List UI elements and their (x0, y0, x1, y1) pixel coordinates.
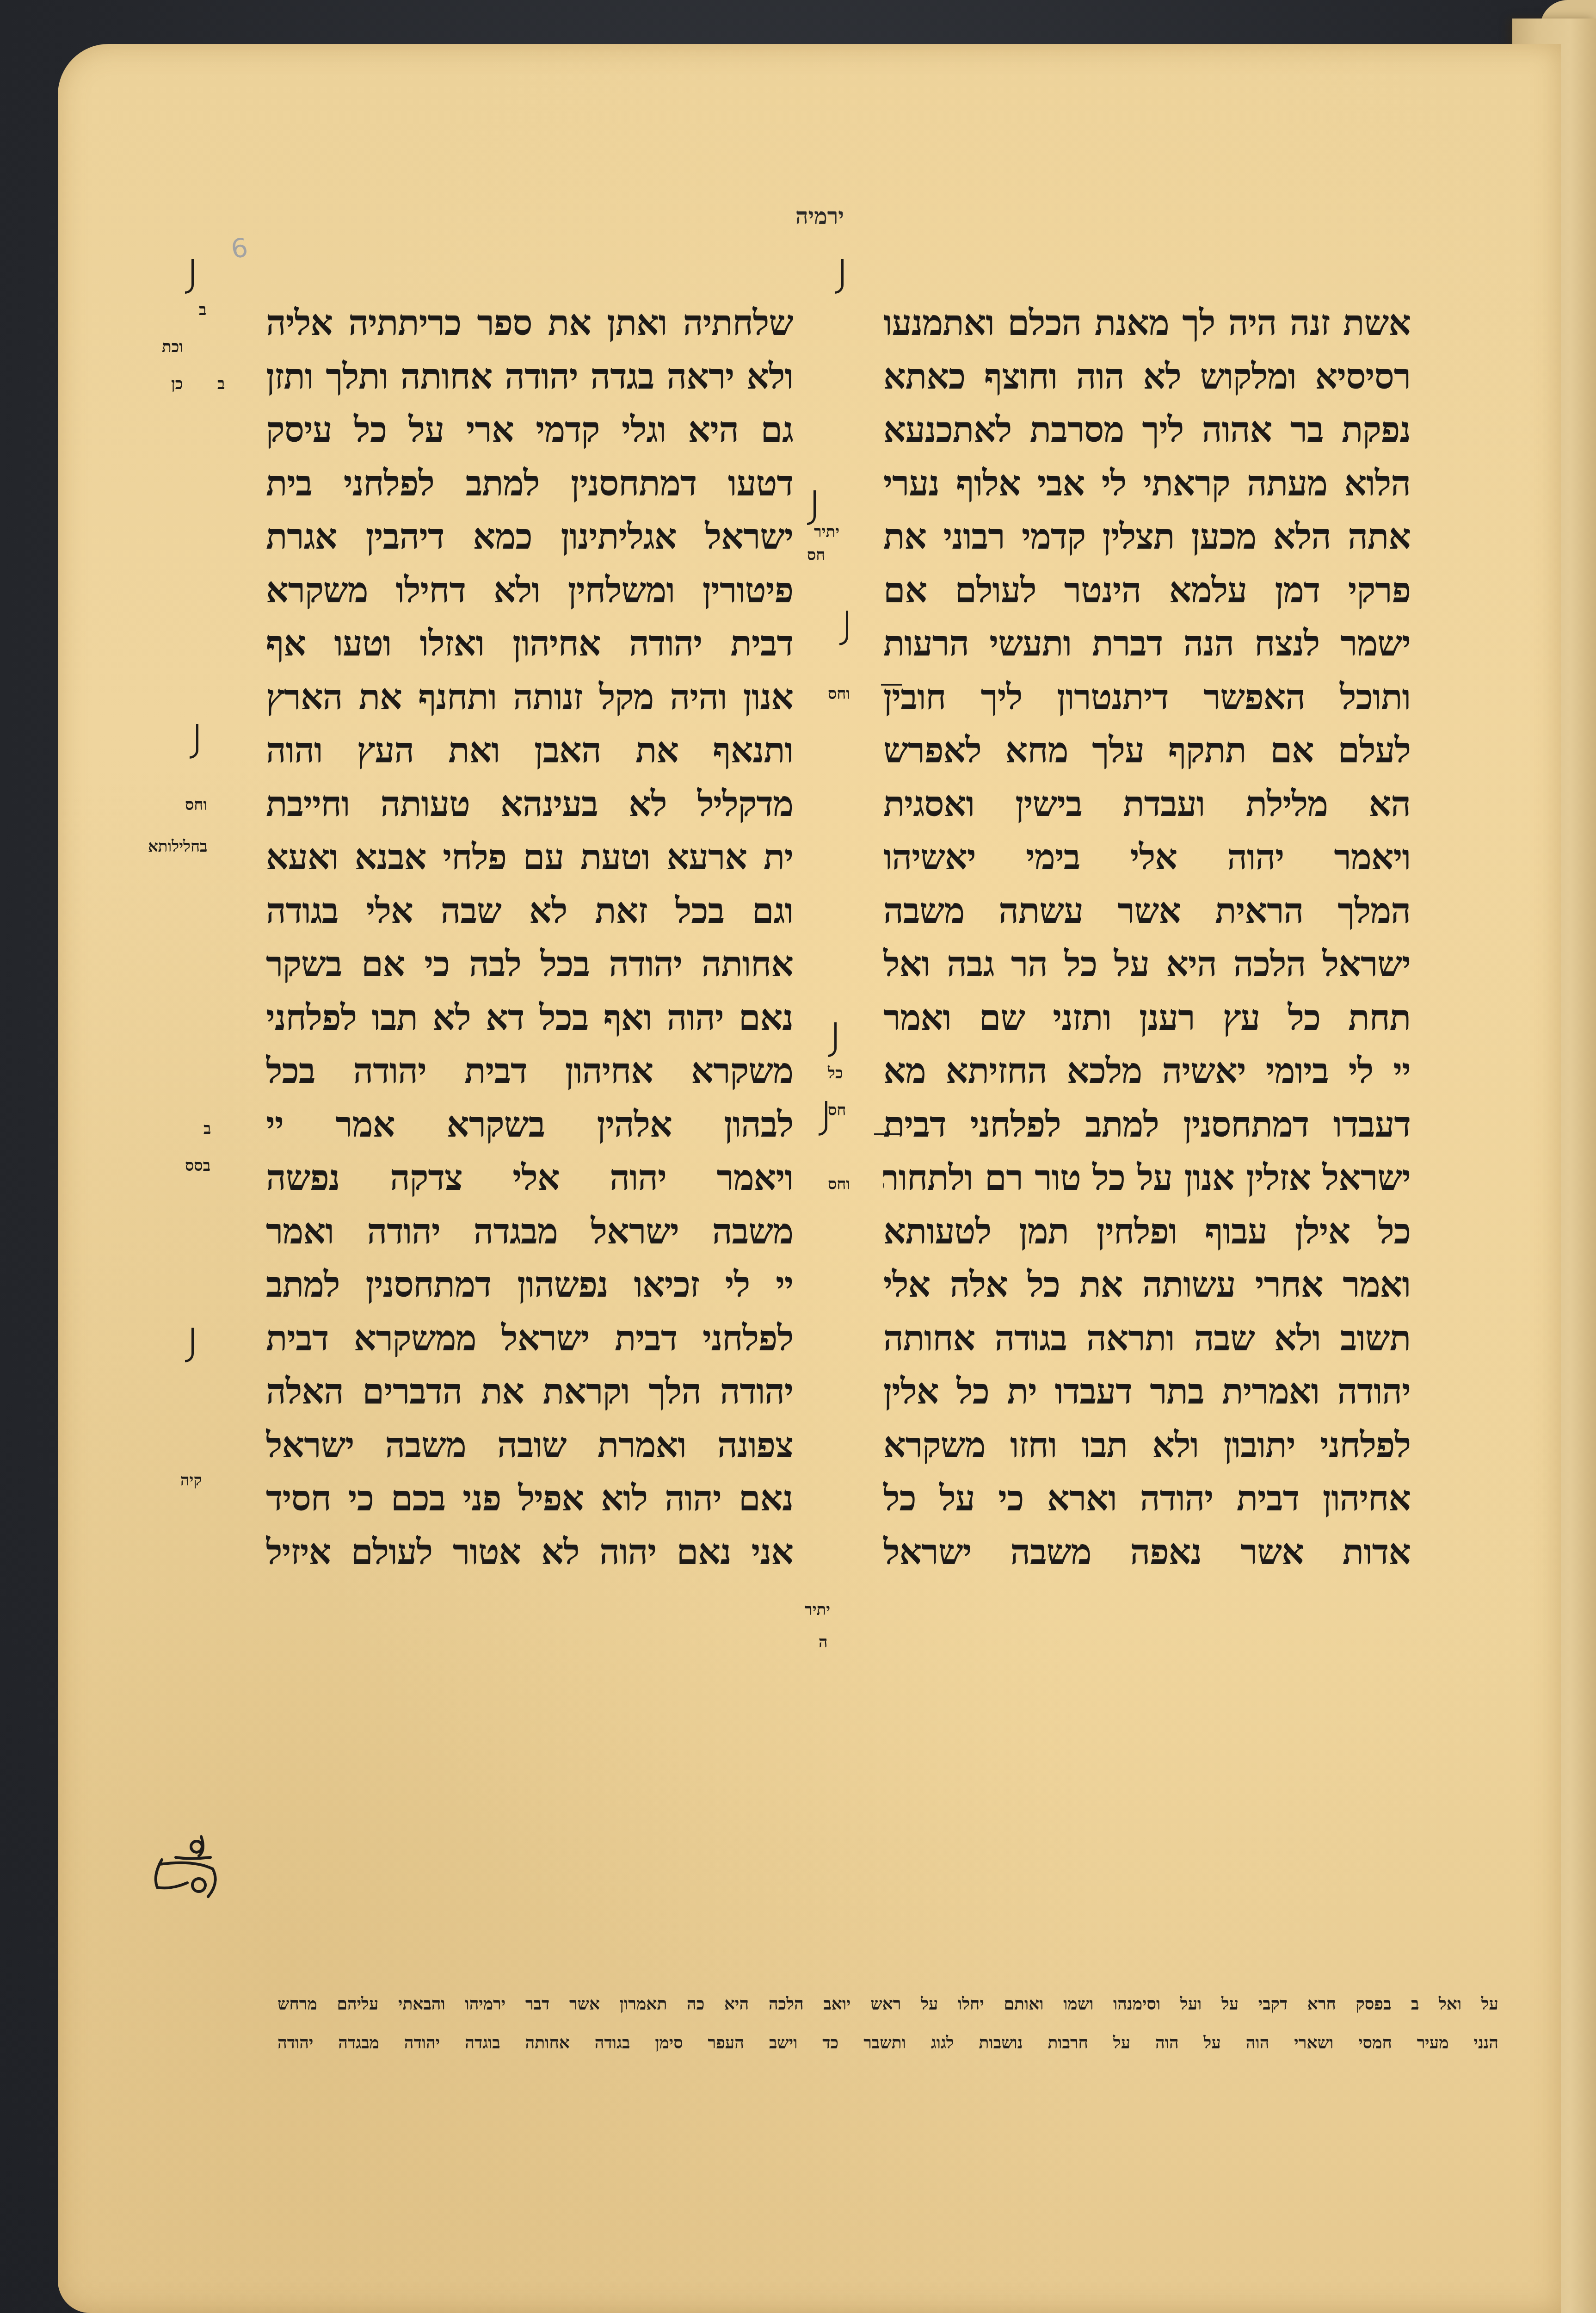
masorah-parva-note: כן (171, 375, 183, 393)
text-line: נאם יהוה לוא אפיל פני בכם כי חסיד (266, 1472, 793, 1525)
text-line: ולא יראה בגדה יהודה אחותה ותלך ותזן (266, 350, 793, 403)
masorah-circellus-mark (828, 1022, 837, 1057)
text-line: צפונה ואמרת שובה משבה ישראל (266, 1418, 793, 1472)
masorah-parva-note: וחס (828, 685, 850, 703)
text-line: אני נאם יהוה לא אטור לעולם איזיל (266, 1525, 793, 1579)
text-column-right: אשת זנה היה לך מאנת הכלם ואתמנעורסיסיא ו… (883, 296, 1411, 1578)
text-line: לפלחני דבית ישראל ממשקרא דבית (266, 1311, 793, 1365)
text-line: ויאמר יהוה אלי צדקה נפשה (266, 1151, 793, 1205)
text-line: לעלם אם תתקף עלך מחא לאפרש (883, 724, 1411, 777)
text-line: לפלחני יתובון ולא תבו וחזו משקרא (883, 1418, 1411, 1472)
text-line: פיטורין ומשלחין ולא דחילו משקרא (266, 563, 793, 617)
text-line: אחותה יהודה בכל לבה כי אם בשקר (266, 937, 793, 991)
catchline-stroke (881, 684, 902, 686)
masorah-parva-note: ב (203, 1119, 211, 1138)
text-line: ית ארעא וטעת עם פלחי אבנא ואעא (266, 830, 793, 884)
text-line: ותנאף את האבן ואת העץ והוה (266, 724, 793, 777)
text-line: אתה הלא מכען תצלין קדמי רבוני את (883, 510, 1411, 563)
masorah-circellus-mark (807, 490, 816, 525)
text-line: דעבדו דמתחסנין למתב לפלחני דבית (883, 1098, 1411, 1151)
running-head: ירמיה (795, 204, 844, 229)
text-line: נאם יהוה ואף בכל דא לא תבו לפלחני (266, 991, 793, 1045)
masorah-circellus-mark (190, 724, 198, 759)
text-line: אחיהון דבית יהודה וארא כי על כל (883, 1472, 1411, 1525)
text-line: יי לי ביומי יאשיה מלכא החזיתא מא (883, 1044, 1411, 1098)
masorah-parva-note: בסס (185, 1156, 210, 1175)
text-line: הא מלילת ועבדת בישין ואסגית (883, 777, 1411, 831)
masorah-circellus-mark (185, 1328, 194, 1362)
text-line: ישמר לנצח הנה דברת ותעשי הרעות (883, 617, 1411, 670)
text-line: ישראל אזלין אנון על כל טור רם ולתחות (883, 1151, 1411, 1205)
masorah-parva-note: יתיר (814, 523, 839, 541)
masorah-magna-line: הנני מעיר חמסי ושארי הוה על הוה על חרבות… (277, 2023, 1498, 2062)
text-line: אנון והיה מקל זנותה ותחנף את הארץ (266, 670, 793, 724)
text-line: גם היא וגלי קדמי ארי על כל עיסק (266, 403, 793, 457)
masorah-magna-line: על ואל ב בפסק חרא דקבי על ועל וסימנהו וש… (277, 1985, 1498, 2023)
text-line: כל אילן עבוף ופלחין תמן לטעותא (883, 1205, 1411, 1258)
masorah-magna: על ואל ב בפסק חרא דקבי על ועל וסימנהו וש… (277, 1985, 1498, 2062)
masorah-parva-note: וחס (185, 796, 207, 814)
text-line: משקרא אחיהון דבית יהודה בכל (266, 1044, 793, 1098)
text-line: וגם בכל זאת לא שבה אלי בגודה (266, 884, 793, 938)
text-line: ותוכל האפשר דיתנטרון ליך חובין (883, 670, 1411, 724)
masorah-parva-note: חס (807, 546, 825, 564)
text-line: אשת זנה היה לך מאנת הכלם ואתמנעו (883, 296, 1411, 350)
text-line: יהודה הלך וקראת את הדברים האלה (266, 1365, 793, 1418)
text-line: אדות אשר נאפה משבה ישראל (883, 1525, 1411, 1579)
text-line: נפקת בר אהוה ליך מסרבת לאתכנעא (883, 403, 1411, 457)
masorah-parva-note: וחס (828, 1175, 850, 1194)
text-line: ישראל הלכה היא על כל הר גבה ואל (883, 937, 1411, 991)
masorah-parva-note: חס (828, 1101, 846, 1119)
text-line: רסיסיא ומלקוש לא הוה וחוצף כאתא (883, 350, 1411, 403)
masorah-circellus-mark (835, 259, 844, 294)
masorah-parva-note: ב (217, 375, 225, 393)
masorah-parva-note: קיה (180, 1471, 202, 1490)
text-column-left: שלחתיה ואתן את ספר כריתתיה אליהולא יראה … (266, 296, 793, 1578)
text-line: ויאמר יהוה אלי בימי יאשיהו (883, 830, 1411, 884)
text-line: תשוב ולא שבה ותראה בגודה אחותה (883, 1311, 1411, 1365)
masorah-circellus-mark (819, 1101, 827, 1136)
text-line: דטעו דמתחסנין למתב לפלחני בית (266, 457, 793, 510)
text-line: פרקי דמן עלמא הינטר לעולם אם (883, 563, 1411, 617)
text-line: הלוא מעתה קראתי לי אבי אלוף נערי (883, 457, 1411, 510)
text-line: ישראל אגליתינון כמא דיהבין אגרת (266, 510, 793, 563)
text-line: ואמר אחרי עשותה את כל אלה אלי (883, 1258, 1411, 1311)
text-line: מדקליל לא בעינהא טעותה וחייבת (266, 777, 793, 831)
text-line: לבהון אלהין בשקרא אמר יי (266, 1098, 793, 1151)
scribal-flourish-icon (143, 1832, 236, 1901)
text-line: משבה ישראל מבגדה יהודה ואמר (266, 1205, 793, 1258)
catchline-stroke (874, 1133, 902, 1135)
masorah-parva-note: ב (199, 301, 206, 319)
text-line: המלך הראית אשר עשתה משבה (883, 884, 1411, 938)
masorah-parva-note: וכת (162, 338, 183, 356)
masorah-parva-note: בחלילותא (148, 837, 208, 856)
masorah-circellus-mark (185, 259, 194, 294)
text-line: דבית יהודה אחיהון ואזלו וטעו אף (266, 617, 793, 670)
masorah-circellus-mark (839, 611, 848, 645)
masorah-parva-note: כל (828, 1064, 843, 1082)
text-line: תחת כל עץ רענן ותזני שם ואמר (883, 991, 1411, 1045)
masorah-parva-note: ה (819, 1633, 828, 1651)
text-line: יהודה ואמרית בתר דעבדו ית כל אלין (883, 1365, 1411, 1418)
text-line: שלחתיה ואתן את ספר כריתתיה אליה (266, 296, 793, 350)
text-line: יי לי זכיאו נפשהון דמתחסנין למתב (266, 1258, 793, 1311)
masorah-parva-note: יתיר (805, 1601, 830, 1619)
